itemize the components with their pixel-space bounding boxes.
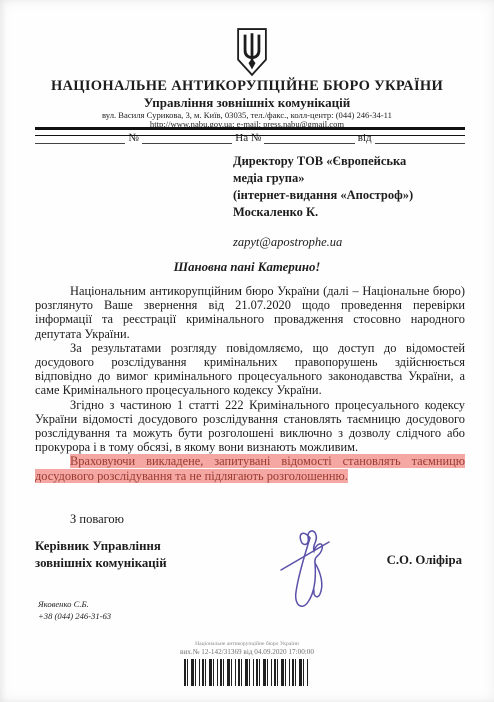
handwritten-signature <box>275 522 347 620</box>
executor-block: Яковенко С.Б. +38 (044) 246-31-63 <box>38 598 111 622</box>
paragraph-2: За результатами розгляду повідомляємо, щ… <box>35 341 465 398</box>
ref-blank-3 <box>264 131 354 144</box>
signer-title: Керівник Управління зовнішніх комунікаці… <box>35 538 167 572</box>
highlighted-text: Враховуючи викладене, запитувані відомос… <box>35 454 465 482</box>
ref-blank-4 <box>375 131 465 144</box>
paragraph-4-highlighted: Враховуючи викладене, запитувані відомос… <box>35 454 465 482</box>
recipient-line: медіа група» <box>233 170 443 187</box>
salutation: Шановна пані Катерино! <box>0 260 494 275</box>
recipient-line: Директору ТОВ «Європейська <box>233 153 443 170</box>
signer-title-line: Керівник Управління <box>35 538 167 555</box>
org-department: Управління зовнішніх комунікацій <box>0 95 494 111</box>
paragraph-1: Національним антикорупційним бюро Україн… <box>35 284 465 341</box>
ukraine-trident-emblem-icon <box>229 27 275 77</box>
letter-body: Національним антикорупційним бюро Україн… <box>35 284 465 483</box>
recipient-email: zapyt@apostrophe.ua <box>233 234 443 251</box>
ref-vid-label: від <box>355 132 375 144</box>
ref-blank-2 <box>142 131 232 144</box>
stamp-number-line: вих.№ 12-142/31369 від 04.09.2020 17:00:… <box>0 648 494 657</box>
paragraph-3: Згідно з частиною 1 статті 222 Криміналь… <box>35 398 465 455</box>
recipient-line: Москаленко К. <box>233 204 443 221</box>
ref-no-label: № <box>125 132 142 144</box>
org-name: НАЦІОНАЛЬНЕ АНТИКОРУПЦІЙНЕ БЮРО УКРАЇНИ <box>0 78 494 95</box>
ref-na-label: На № <box>232 132 264 144</box>
recipient-line: (інтернет-видання «Апостроф») <box>233 187 443 204</box>
ref-blank-1 <box>35 131 125 144</box>
closing-regards: З повагою <box>70 512 124 527</box>
stamp-org-name: Національне антикорупційне бюро України <box>0 641 494 648</box>
registration-stamp: Національне антикорупційне бюро України … <box>0 641 494 686</box>
signer-name: С.О. Оліфіра <box>387 553 462 568</box>
executor-phone: +38 (044) 246-31-63 <box>38 610 111 622</box>
reference-number-line: № На № від <box>35 130 465 144</box>
recipient-block: Директору ТОВ «Європейська медіа група» … <box>233 153 443 251</box>
signer-title-line: зовнішніх комунікацій <box>35 555 167 572</box>
scanned-letter-page: НАЦІОНАЛЬНЕ АНТИКОРУПЦІЙНЕ БЮРО УКРАЇНИ … <box>0 0 494 702</box>
executor-name: Яковенко С.Б. <box>38 598 111 610</box>
registration-barcode <box>184 659 310 686</box>
